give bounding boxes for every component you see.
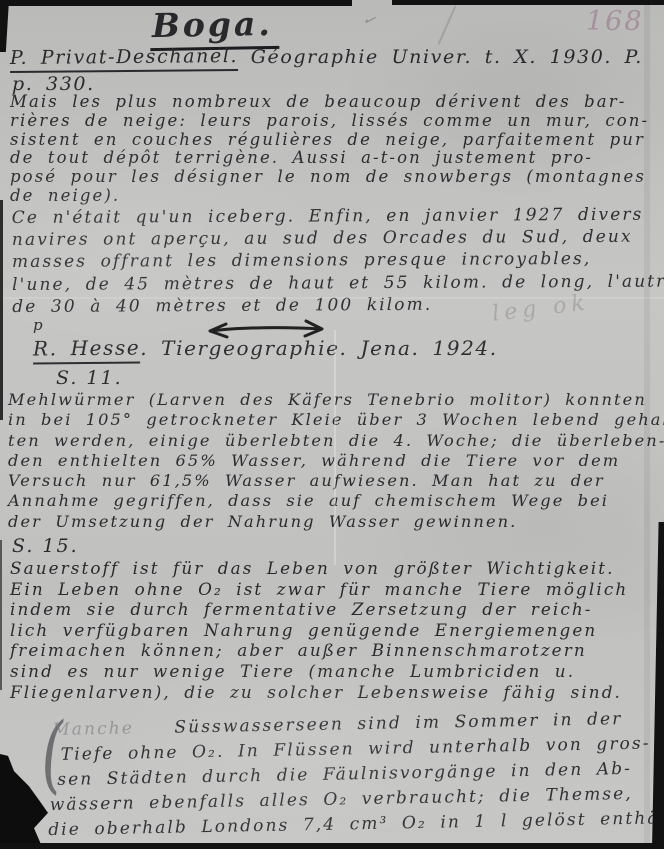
text-line: rières de neige: leurs parois, lissés co… <box>10 112 649 131</box>
paragraph-lakes: Manche Süsswasserseen sind im Sommer in … <box>52 706 664 843</box>
citation-hesse: R. Hesse. Tiergeographie. Jena. 1924. <box>33 336 498 364</box>
bottom-frame <box>0 843 664 849</box>
text-line: in bei 105° getrockneter Kleie über 3 Wo… <box>8 410 664 430</box>
margin-mark: p <box>33 316 43 334</box>
text-line: der Umsetzung der Nahrung Wasser gewinne… <box>8 512 664 532</box>
section-label-s15: S. 15. <box>12 535 79 557</box>
top-frame-right <box>392 0 664 5</box>
paragraph-mehlwuermer: Mehlwürmer (Larven des Käfers Tenebrio m… <box>8 390 664 532</box>
page-title: Boga. <box>150 4 280 51</box>
paragraph-snowbergs: Mais les plus nombreux de beaucoup dériv… <box>10 93 649 206</box>
page-number: 168 <box>586 6 644 37</box>
manuscript-page: Boga. 168 ✓ P. Privat-Deschanel. Géograp… <box>0 0 664 849</box>
faint-word: Manche <box>52 718 134 740</box>
text-line: indem sie durch fermentative Zersetzung … <box>10 599 628 620</box>
text-line: sistent en couches régulières de neige, … <box>10 131 649 150</box>
text-line: posé pour les désigner le nom de snowber… <box>10 168 649 187</box>
text-line: Sauerstoff ist für das Leben von größter… <box>10 558 628 579</box>
text-line: sind es nur wenige Tiere (manche Lumbric… <box>10 661 628 682</box>
pencil-check-icon: ✓ <box>361 9 379 30</box>
text-line: masses offrant les dimensions presque in… <box>12 248 664 274</box>
text-line: Mehlwürmer (Larven des Käfers Tenebrio m… <box>8 390 664 410</box>
text-line: Fliegenlarven), die zu solcher Lebenswei… <box>10 682 628 703</box>
fold-mark <box>438 6 456 45</box>
citation-privat-deschanel: P. Privat-Deschanel. Géographie Univer. … <box>10 46 643 72</box>
right-frame-band <box>652 522 664 849</box>
text-line: Versuch nur 61,5% Wasser aufwiesen. Man … <box>8 471 664 491</box>
text-line: lich verfügbaren Nahrung genügende Energ… <box>10 620 628 641</box>
text-line: Mais les plus nombreux de beaucoup dériv… <box>10 93 649 112</box>
text-line: ten werden, einige überlebten die 4. Woc… <box>8 431 664 451</box>
left-edge-sliver <box>0 200 3 420</box>
text-line: de tout dépôt terrigène. Aussi a-t-on ju… <box>10 149 649 168</box>
text-line: Annahme gegriffen, dass sie auf chemisch… <box>8 491 664 511</box>
text-line: Ein Leben ohne O₂ ist zwar für manche Ti… <box>10 579 628 600</box>
citation-work: Géographie Univer. t. X. 1930. P. <box>238 46 643 68</box>
text-line: den enthielten 65% Wasser, während die T… <box>8 451 664 471</box>
text-line: de neige). <box>10 187 649 206</box>
left-frame-corner <box>0 0 9 52</box>
citation-author: P. Privat-Deschanel. <box>10 45 238 73</box>
text-line: freimachen können; aber außer Binnenschm… <box>10 640 628 661</box>
citation-author: R. Hesse <box>33 336 140 365</box>
left-edge-sliver2 <box>0 540 2 690</box>
citation-work: . Tiergeographie. Jena. 1924. <box>140 336 497 360</box>
top-frame-left <box>0 0 352 6</box>
section-label-s11: S. 11. <box>56 367 123 389</box>
paragraph-sauerstoff: Sauerstoff ist für das Leben von größter… <box>10 558 628 702</box>
